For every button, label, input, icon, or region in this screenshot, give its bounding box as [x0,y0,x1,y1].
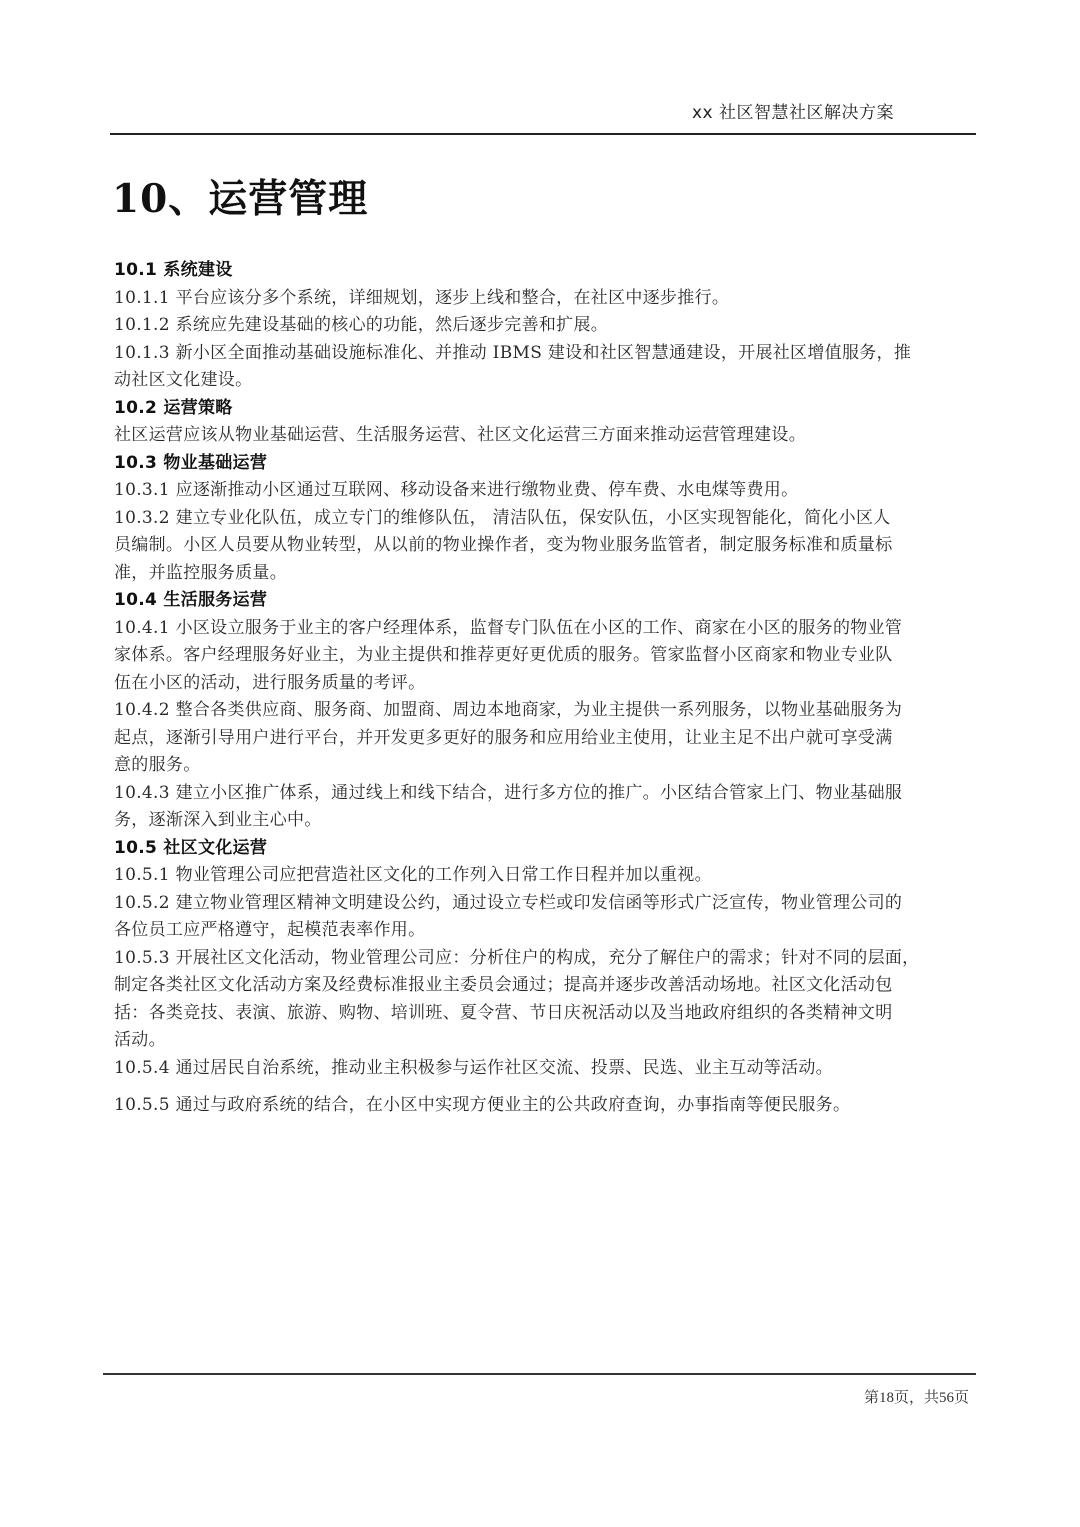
paragraph-line: 10.3.1 应逐渐推动小区通过互联网、移动设备来进行缴物业费、停车费、水电煤等… [114,477,976,505]
document-header-title: xx 社区智慧社区解决方案 [692,98,894,123]
section-heading-10-3: 10.3 物业基础运营 [114,450,976,478]
paragraph-line: 伍在小区的活动，进行服务质量的考评。 [114,670,976,698]
footer-divider [103,1373,976,1375]
section-heading-10-1: 10.1 系统建设 [114,257,976,285]
chapter-title: 10、运营管理 [112,168,368,224]
paragraph-line: 10.5.1 物业管理公司应把营造社区文化的工作列入日常工作日程并加以重视。 [114,862,976,890]
paragraph-line: 意的服务。 [114,752,976,780]
paragraph-line: 社区运营应该从物业基础运营、生活服务运营、社区文化运营三方面来推动运营管理建设。 [114,422,976,450]
paragraph-line: 务，逐渐深入到业主心中。 [114,807,976,835]
paragraph-line: 10.5.4 通过居民自治系统，推动业主积极参与运作社区交流、投票、民选、业主互… [114,1055,976,1083]
section-heading-10-4: 10.4 生活服务运营 [114,587,976,615]
paragraph-line: 10.4.1 小区设立服务于业主的客户经理体系，监督专门队伍在小区的工作、商家在… [114,615,976,643]
header-divider [110,133,976,135]
paragraph-line: 括：各类竞技、表演、旅游、购物、培训班、夏令营、节日庆祝活动以及当地政府组织的各… [114,1000,976,1028]
paragraph-line: 起点，逐渐引导用户进行平台，并开发更多更好的服务和应用给业主使用，让业主足不出户… [114,725,976,753]
paragraph-line: 10.4.3 建立小区推广体系，通过线上和线下结合，进行多方位的推广。小区结合管… [114,780,976,808]
paragraph-line: 10.1.3 新小区全面推动基础设施标准化、并推动 IBMS 建设和社区智慧通建… [114,340,976,368]
paragraph-line: 10.1.2 系统应先建设基础的核心的功能，然后逐步完善和扩展。 [114,312,976,340]
paragraph-line: 员编制。小区人员要从物业转型，从以前的物业操作者，变为物业服务监管者，制定服务标… [114,532,976,560]
paragraph-line: 10.3.2 建立专业化队伍，成立专门的维修队伍， 清洁队伍，保安队伍，小区实现… [114,505,976,533]
section-heading-10-5: 10.5 社区文化运营 [114,835,976,863]
paragraph-line: 制定各类社区文化活动方案及经费标准报业主委员会通过；提高并逐步改善活动场地。社区… [114,972,976,1000]
document-body: 10.1 系统建设 10.1.1 平台应该分多个系统，详细规划，逐步上线和整合，… [114,257,976,1120]
paragraph-line: 活动。 [114,1027,976,1055]
paragraph-line: 10.5.5 通过与政府系统的结合，在小区中实现方便业主的公共政府查询，办事指南… [114,1092,976,1120]
paragraph-line: 家体系。客户经理服务好业主，为业主提供和推荐更好更优质的服务。管家监督小区商家和… [114,642,976,670]
paragraph-line: 准，并监控服务质量。 [114,560,976,588]
paragraph-line: 10.4.2 整合各类供应商、服务商、加盟商、周边本地商家，为业主提供一系列服务… [114,697,976,725]
paragraph-line: 10.1.1 平台应该分多个系统，详细规划，逐步上线和整合，在社区中逐步推行。 [114,285,976,313]
paragraph-line: 动社区文化建设。 [114,367,976,395]
paragraph-line: 各位员工应严格遵守，起模范表率作用。 [114,917,976,945]
paragraph-line: 10.5.3 开展社区文化活动，物业管理公司应：分析住户的构成，充分了解住户的需… [114,945,976,973]
section-heading-10-2: 10.2 运营策略 [114,395,976,423]
paragraph-line: 10.5.2 建立物业管理区精神文明建设公约，通过设立专栏或印发信函等形式广泛宣… [114,890,976,918]
page-number: 第18页，共56页 [864,1386,969,1407]
